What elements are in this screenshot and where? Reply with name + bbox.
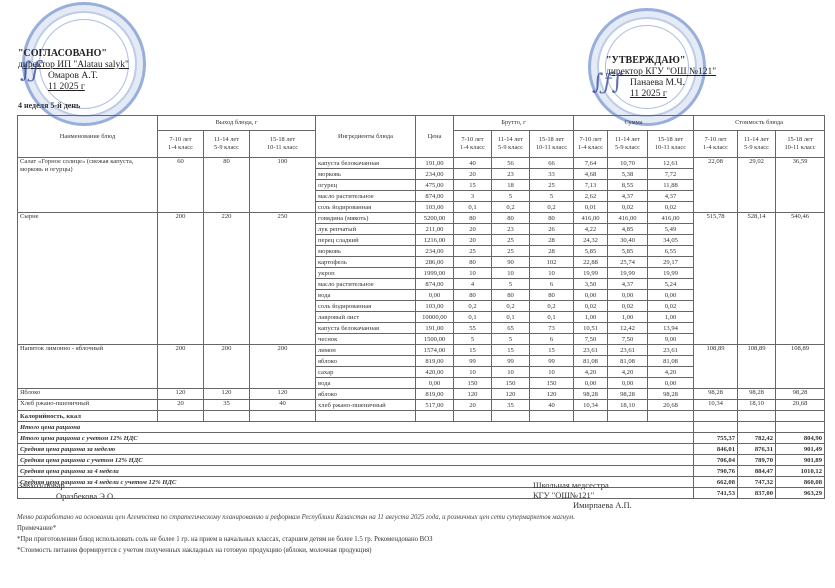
sum-value: 4,37 [608, 279, 648, 290]
ingredient-price: 211,00 [416, 224, 454, 235]
brutto-value: 15 [454, 345, 492, 356]
ingredient-price: 420,00 [416, 367, 454, 378]
brutto-value: 6 [530, 334, 574, 345]
header-sum-age-0: 7-10 лет1-4 класс [574, 131, 608, 158]
portion-value: 35 [204, 400, 250, 411]
brutto-value: 6 [530, 279, 574, 290]
note-title: Примечание* [17, 523, 827, 534]
portion-value: 80 [204, 158, 250, 213]
brutto-value: 28 [530, 235, 574, 246]
age-label: 11-14 лет [744, 136, 769, 143]
brutto-value: 0,1 [454, 202, 492, 213]
header-portion: Выход блюда, г [158, 116, 316, 131]
ingredient-price: 191,00 [416, 158, 454, 169]
ingredient-price: 234,00 [416, 246, 454, 257]
sum-value: 19,99 [574, 268, 608, 279]
brutto-value: 80 [530, 290, 574, 301]
grade-label: 10-11 класс [784, 144, 815, 151]
sum-value: 0,02 [608, 301, 648, 312]
age-label: 15-18 лет [658, 136, 683, 143]
age-label: 7-10 лет [579, 136, 601, 143]
ingredient-name: сахар [316, 367, 416, 378]
ingredient-name: масло растительное [316, 279, 416, 290]
sum-value: 7,64 [574, 158, 608, 169]
calories-empty-cell [492, 411, 530, 422]
calories-empty-cell [530, 411, 574, 422]
totals-row: Итого цена рациона [18, 422, 825, 433]
ingredient-name: масло растительное [316, 191, 416, 202]
sum-value: 25,74 [608, 257, 648, 268]
sum-value: 4,20 [648, 367, 694, 378]
age-label: 15-18 лет [787, 136, 812, 143]
brutto-value: 80 [454, 213, 492, 224]
portion-value: 100 [250, 158, 316, 213]
ingredient-name: картофель [316, 257, 416, 268]
header-brutto-age-0: 7-10 лет1-4 класс [454, 131, 492, 158]
brutto-value: 0,2 [492, 202, 530, 213]
dish-cost-value: 98,28 [776, 389, 825, 400]
dish-cost-value: 98,28 [738, 389, 776, 400]
totals-value [738, 422, 776, 433]
sum-value: 0,00 [574, 378, 608, 389]
signature-left: ∫ƒ [20, 58, 40, 83]
ingredient-price: 0,00 [416, 378, 454, 389]
calories-empty-cell [694, 411, 738, 422]
brutto-value: 15 [492, 345, 530, 356]
menu-table: Наименование блюд Выход блюда, г Ингреди… [17, 115, 825, 499]
totals-value: 837,00 [738, 488, 776, 499]
sum-value: 0,02 [608, 202, 648, 213]
sum-value: 81,08 [648, 356, 694, 367]
brutto-value: 25 [454, 246, 492, 257]
ingredient-price: 191,00 [416, 323, 454, 334]
brutto-value: 55 [454, 323, 492, 334]
portion-value: 120 [158, 389, 204, 400]
header-dish-name: Наименование блюд [18, 116, 158, 158]
ingredient-price: 517,00 [416, 400, 454, 411]
sum-value: 7,13 [574, 180, 608, 191]
brutto-value: 99 [454, 356, 492, 367]
ingredient-name: укроп [316, 268, 416, 279]
nurse-role: Школьная медсестра [533, 480, 609, 490]
brutto-value: 56 [492, 158, 530, 169]
sum-value: 9,00 [648, 334, 694, 345]
sum-value: 5,24 [648, 279, 694, 290]
header-brutto: Брутто, г [454, 116, 574, 131]
sum-value: 30,40 [608, 235, 648, 246]
brutto-value: 5 [492, 334, 530, 345]
ingredient-name: морковь [316, 246, 416, 257]
portion-value: 200 [204, 345, 250, 389]
ingredient-price: 5200,00 [416, 213, 454, 224]
totals-label: Средняя цена рациона за неделю [18, 444, 694, 455]
brutto-value: 4 [454, 279, 492, 290]
brutto-value: 25 [530, 180, 574, 191]
header-cost-age-2: 15-18 лет10-11 класс [776, 131, 825, 158]
dish-name: Напиток лимонно - яблочный [18, 345, 158, 389]
ingredient-price: 819,00 [416, 389, 454, 400]
brutto-value: 0,1 [454, 312, 492, 323]
dish-cost-value: 98,28 [694, 389, 738, 400]
sum-value: 18,10 [608, 400, 648, 411]
calories-label: Калорийность, ккал [18, 411, 158, 422]
ingredient-name: говядина (мякоть) [316, 213, 416, 224]
ingredient-price: 1999,00 [416, 268, 454, 279]
sum-value: 5,49 [648, 224, 694, 235]
ingredient-price: 1216,00 [416, 235, 454, 246]
totals-value: 662,08 [694, 477, 738, 488]
header-sum: Сумма [574, 116, 694, 131]
brutto-value: 15 [454, 180, 492, 191]
portion-value: 60 [158, 158, 204, 213]
grade-label: 10-11 класс [536, 144, 567, 151]
sum-value: 34,05 [648, 235, 694, 246]
brutto-value: 80 [492, 213, 530, 224]
ingredient-name: лимон [316, 345, 416, 356]
sum-value: 5,85 [608, 246, 648, 257]
totals-row: 741,53837,00963,29 [18, 488, 825, 499]
sum-value: 4,68 [574, 169, 608, 180]
table-row: Хлеб ржано-пшеничный203540хлеб ржано-пше… [18, 400, 825, 411]
age-label: 11-14 лет [498, 136, 523, 143]
sum-value: 10,51 [574, 323, 608, 334]
totals-value: 706,04 [694, 455, 738, 466]
age-label: 11-14 лет [615, 136, 640, 143]
sum-value: 416,00 [608, 213, 648, 224]
sum-value: 0,02 [648, 202, 694, 213]
ingredient-name: хлеб ржано-пшеничный [316, 400, 416, 411]
brutto-value: 20 [454, 400, 492, 411]
sum-value: 29,17 [648, 257, 694, 268]
sum-value: 10,70 [608, 158, 648, 169]
source-note: Меню разработано на основании цен Агентс… [17, 512, 827, 523]
brutto-value: 0,1 [492, 312, 530, 323]
portion-value: 200 [158, 345, 204, 389]
sum-value: 5,38 [608, 169, 648, 180]
sum-value: 12,61 [648, 158, 694, 169]
header-sum-age-1: 11-14 лет5-9 класс [608, 131, 648, 158]
brutto-value: 10 [454, 367, 492, 378]
sum-value: 7,50 [608, 334, 648, 345]
sum-value: 4,85 [608, 224, 648, 235]
nurse-org: КГУ "ОШ№121" [533, 490, 594, 500]
dish-cost-value: 108,89 [738, 345, 776, 389]
sum-value: 3,50 [574, 279, 608, 290]
age-label: 7-10 лет [169, 136, 191, 143]
totals-value: 901,49 [776, 444, 825, 455]
brutto-value: 80 [454, 257, 492, 268]
brutto-value: 20 [454, 169, 492, 180]
grade-label: 1-4 класс [168, 144, 193, 151]
dish-cost-value: 22,08 [694, 158, 738, 213]
dish-name: Хлеб ржано-пшеничный [18, 400, 158, 411]
ingredient-name: яблоко [316, 389, 416, 400]
ingredient-name: лавровый лист [316, 312, 416, 323]
dish-cost-value: 528,14 [738, 213, 776, 345]
calories-empty-cell [250, 411, 316, 422]
ingredient-name: вода [316, 290, 416, 301]
header-cost-age-1: 11-14 лет5-9 класс [738, 131, 776, 158]
ingredient-price: 1500,00 [416, 334, 454, 345]
calories-empty-cell [776, 411, 825, 422]
sum-value: 1,00 [648, 312, 694, 323]
brutto-value: 10 [492, 268, 530, 279]
age-label: 11-14 лет [214, 136, 239, 143]
brutto-value: 65 [492, 323, 530, 334]
dish-cost-value: 540,46 [776, 213, 825, 345]
brutto-value: 20 [454, 235, 492, 246]
brutto-value: 102 [530, 257, 574, 268]
calories-empty-cell [204, 411, 250, 422]
brutto-value: 10 [454, 268, 492, 279]
totals-row: Средняя цена рациона за 4 недели790,7688… [18, 466, 825, 477]
header-ingredients: Ингредиенты блюда [316, 116, 416, 158]
ingredient-price: 234,00 [416, 169, 454, 180]
sum-value: 23,61 [608, 345, 648, 356]
calories-empty-cell [316, 411, 416, 422]
portion-value: 40 [250, 400, 316, 411]
brutto-value: 99 [530, 356, 574, 367]
ingredient-price: 103,00 [416, 202, 454, 213]
sum-value: 6,55 [648, 246, 694, 257]
dish-cost-value: 515,78 [694, 213, 738, 345]
totals-row: Средняя цена рациона за 4 недели с учето… [18, 477, 825, 488]
dish-name: Яблоко [18, 389, 158, 400]
totals-value: 755,37 [694, 433, 738, 444]
brutto-value: 0,2 [454, 301, 492, 312]
brutto-value: 73 [530, 323, 574, 334]
calories-empty-cell [608, 411, 648, 422]
brutto-value: 0,2 [492, 301, 530, 312]
table-row: Салат «Горное солнце» (свежая капуста, м… [18, 158, 825, 169]
ingredient-name: яблоко [316, 356, 416, 367]
brutto-value: 120 [492, 389, 530, 400]
brutto-value: 5 [492, 191, 530, 202]
table-row: Сырне200220250говядина (мякоть)5200,0080… [18, 213, 825, 224]
totals-value [694, 422, 738, 433]
sum-value: 7,50 [574, 334, 608, 345]
brutto-value: 3 [454, 191, 492, 202]
ingredient-price: 1574,00 [416, 345, 454, 356]
dish-cost-value: 108,89 [776, 345, 825, 389]
dish-cost-value: 10,34 [694, 400, 738, 411]
brutto-value: 80 [454, 290, 492, 301]
brutto-value: 35 [492, 400, 530, 411]
brutto-value: 99 [492, 356, 530, 367]
ingredient-name: огурец [316, 180, 416, 191]
totals-value [776, 422, 825, 433]
storekeeper-name: Оразбекова Э.О. [18, 491, 115, 501]
sum-value: 4,20 [574, 367, 608, 378]
sum-value: 0,00 [608, 290, 648, 301]
brutto-value: 26 [530, 224, 574, 235]
sum-value: 98,28 [648, 389, 694, 400]
brutto-value: 90 [492, 257, 530, 268]
ingredient-name: лук репчатый [316, 224, 416, 235]
ingredient-name: вода [316, 378, 416, 389]
approval-right-title: "УТВЕРЖДАЮ" [606, 55, 685, 66]
sum-value: 4,22 [574, 224, 608, 235]
sum-value: 0,01 [574, 202, 608, 213]
calories-empty-cell [648, 411, 694, 422]
brutto-value: 0,1 [530, 312, 574, 323]
totals-row: Средняя цена рациона за неделю846,01876,… [18, 444, 825, 455]
portion-value: 120 [250, 389, 316, 400]
header-price: Цена [416, 116, 454, 158]
brutto-value: 80 [530, 213, 574, 224]
dish-cost-value: 36,59 [776, 158, 825, 213]
brutto-value: 40 [454, 158, 492, 169]
portion-value: 200 [250, 345, 316, 389]
brutto-value: 23 [492, 169, 530, 180]
brutto-value: 15 [530, 345, 574, 356]
storekeeper-role: Завхоз/повар [18, 480, 65, 490]
totals-value: 741,53 [694, 488, 738, 499]
grade-label: 10-11 класс [655, 144, 686, 151]
brutto-value: 80 [492, 290, 530, 301]
brutto-value: 18 [492, 180, 530, 191]
sum-value: 81,08 [608, 356, 648, 367]
grade-label: 5-9 класс [498, 144, 523, 151]
sum-value: 12,42 [608, 323, 648, 334]
sum-value: 0,02 [574, 301, 608, 312]
dish-cost-value: 20,68 [776, 400, 825, 411]
totals-row: Средняя цена рациона с учетом 12% НДС706… [18, 455, 825, 466]
brutto-value: 66 [530, 158, 574, 169]
totals-value: 963,29 [776, 488, 825, 499]
calories-empty-cell [158, 411, 204, 422]
ingredient-price: 874,00 [416, 191, 454, 202]
ingredient-price: 103,00 [416, 301, 454, 312]
ingredient-price: 286,00 [416, 257, 454, 268]
brutto-value: 10 [492, 367, 530, 378]
footer-notes: Меню разработано на основании цен Агентс… [17, 512, 827, 556]
ingredient-name: соль йодированная [316, 301, 416, 312]
totals-value: 790,76 [694, 466, 738, 477]
totals-value: 804,90 [776, 433, 825, 444]
sum-value: 19,99 [648, 268, 694, 279]
header-portion-age-2: 15-18 лет10-11 класс [250, 131, 316, 158]
sum-value: 7,72 [648, 169, 694, 180]
dish-name: Салат «Горное солнце» (свежая капуста, м… [18, 158, 158, 213]
portion-value: 20 [158, 400, 204, 411]
header-cost: Стоимость блюда [694, 116, 825, 131]
header-portion-age-1: 11-14 лет5-9 класс [204, 131, 250, 158]
brutto-value: 5 [454, 334, 492, 345]
dish-cost-value: 18,10 [738, 400, 776, 411]
sum-value: 98,28 [608, 389, 648, 400]
approval-left-line3: 11 2025 г [18, 82, 85, 92]
sum-value: 4,37 [608, 191, 648, 202]
portion-value: 220 [204, 213, 250, 345]
age-label: 7-10 лет [704, 136, 726, 143]
age-label: 7-10 лет [461, 136, 483, 143]
table-row: Напиток лимонно - яблочный200200200лимон… [18, 345, 825, 356]
totals-label: Средняя цена рациона за 4 недели [18, 466, 694, 477]
totals-value: 747,32 [738, 477, 776, 488]
header-portion-age-0: 7-10 лет1-4 класс [158, 131, 204, 158]
brutto-value: 25 [492, 246, 530, 257]
dish-cost-value: 108,89 [694, 345, 738, 389]
calories-empty-cell [738, 411, 776, 422]
grade-label: 10-11 класс [267, 144, 298, 151]
portion-value: 120 [204, 389, 250, 400]
brutto-value: 0,2 [530, 202, 574, 213]
totals-label: Итого цена рациона с учетом 12% НДС [18, 433, 694, 444]
sum-value: 0,00 [574, 290, 608, 301]
sum-value: 1,00 [574, 312, 608, 323]
brutto-value: 5 [530, 191, 574, 202]
sum-value: 8,55 [608, 180, 648, 191]
header-brutto-age-1: 11-14 лет5-9 класс [492, 131, 530, 158]
grade-label: 5-9 класс [214, 144, 239, 151]
sum-value: 20,68 [648, 400, 694, 411]
sum-value: 0,02 [648, 301, 694, 312]
portion-value: 250 [250, 213, 316, 345]
sum-value: 0,00 [648, 290, 694, 301]
grade-label: 5-9 класс [615, 144, 640, 151]
ingredient-price: 475,00 [416, 180, 454, 191]
ingredient-name: соль йодированная [316, 202, 416, 213]
totals-value: 846,01 [694, 444, 738, 455]
sum-value: 4,20 [608, 367, 648, 378]
sum-value: 416,00 [574, 213, 608, 224]
sum-value: 98,28 [574, 389, 608, 400]
brutto-value: 120 [454, 389, 492, 400]
sum-value: 19,99 [608, 268, 648, 279]
ingredient-name: морковь [316, 169, 416, 180]
note-salt: *При приготовлении блюд использовать сол… [17, 534, 827, 545]
note-cost: *Стоимость питания формируется с учетом … [17, 545, 827, 556]
brutto-value: 120 [530, 389, 574, 400]
sum-value: 5,85 [574, 246, 608, 257]
sum-value: 0,00 [608, 378, 648, 389]
sum-value: 23,61 [648, 345, 694, 356]
brutto-value: 150 [492, 378, 530, 389]
signature-block-nurse: Школьная медсестра КГУ "ОШ№121" Имирпаев… [533, 480, 632, 510]
grade-label: 1-4 класс [703, 144, 728, 151]
brutto-value: 33 [530, 169, 574, 180]
nurse-name: Имирпаева А.П. [533, 500, 632, 510]
sum-value: 1,00 [608, 312, 648, 323]
calories-row: Калорийность, ккал [18, 411, 825, 422]
brutto-value: 150 [530, 378, 574, 389]
brutto-value: 10 [530, 268, 574, 279]
ingredient-name: капуста белокачанная [316, 158, 416, 169]
brutto-value: 20 [454, 224, 492, 235]
totals-label: Итого цена рациона [18, 422, 694, 433]
grade-label: 5-9 класс [744, 144, 769, 151]
sum-value: 10,34 [574, 400, 608, 411]
table-row: Яблоко120120120яблоко819,0012012012098,2… [18, 389, 825, 400]
calories-empty-cell [454, 411, 492, 422]
sum-value: 24,32 [574, 235, 608, 246]
totals-value: 884,47 [738, 466, 776, 477]
sum-value: 81,08 [574, 356, 608, 367]
dish-name: Сырне [18, 213, 158, 345]
grade-label: 1-4 класс [460, 144, 485, 151]
sum-value: 4,37 [648, 191, 694, 202]
ingredient-price: 819,00 [416, 356, 454, 367]
signature-right: ∫ƒ∫ [592, 70, 623, 95]
totals-value: 876,31 [738, 444, 776, 455]
ingredient-name: капуста белокачанная [316, 323, 416, 334]
brutto-value: 40 [530, 400, 574, 411]
ingredient-price: 874,00 [416, 279, 454, 290]
dish-cost-value: 29,02 [738, 158, 776, 213]
portion-value: 200 [158, 213, 204, 345]
signature-block-storekeeper: Завхоз/повар Оразбекова Э.О. [18, 480, 115, 502]
